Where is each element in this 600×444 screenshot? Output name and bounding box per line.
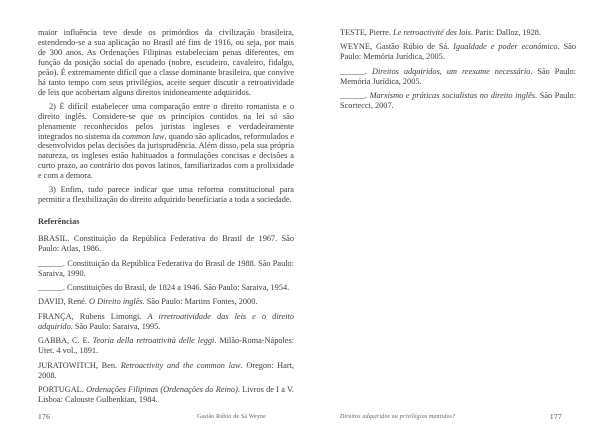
- running-title-right: Direitos adquiridos ou privilégios manti…: [340, 414, 455, 420]
- reference-entry: ______. Direitos adquiridos, um reexame …: [340, 67, 576, 87]
- left-page-footer: 176 Gastão Rúbio de Sá Weyne: [38, 412, 294, 424]
- reference-entry: FRANÇA, Rubens Limongi. A irretroativida…: [38, 312, 294, 332]
- left-page-text-column: maior influência teve desde os primórdio…: [38, 28, 294, 410]
- reference-entry: GABBA, C. E. Teoria della retroattività …: [38, 336, 294, 356]
- reference-entry: BRASIL. Constituição da República Federa…: [38, 234, 294, 254]
- reference-entry: TESTE, Pierre. Le retroactivité des lois…: [340, 28, 576, 38]
- reference-entry: WEYNE, Gastão Rúbio de Sá. Igualdade e p…: [340, 42, 576, 62]
- body-paragraph-3: 3) Enfim, tudo parece indicar que uma re…: [38, 185, 294, 205]
- page-number-right: 177: [550, 412, 562, 421]
- reference-entry: ______. Marxismo e práticas socialistas …: [340, 91, 576, 111]
- body-paragraph-2: 2) É difícil estabelecer uma comparação …: [38, 102, 294, 182]
- running-title-left: Gastão Rúbio de Sá Weyne: [197, 414, 266, 420]
- right-page-text-column: TESTE, Pierre. Le retroactivité des lois…: [340, 28, 576, 116]
- body-paragraph-continuation: maior influência teve desde os primórdio…: [38, 28, 294, 98]
- reference-entry: ______. Constituição da República Federa…: [38, 259, 294, 279]
- book-spread: maior influência teve desde os primórdio…: [0, 0, 600, 444]
- page-number-left: 176: [38, 412, 50, 421]
- reference-entry: ______. Constituições do Brasil, de 1824…: [38, 283, 294, 293]
- reference-entry: JURATOWITCH, Ben. Retroactivity and the …: [38, 361, 294, 381]
- right-page-footer: Direitos adquiridos ou privilégios manti…: [340, 412, 576, 424]
- references-heading: Referências: [38, 217, 294, 227]
- reference-entry: PORTUGAL. Ordenações Filipinas (Ordenaçõ…: [38, 385, 294, 405]
- reference-entry: DAVID, René. O Direito inglês. São Paulo…: [38, 297, 294, 307]
